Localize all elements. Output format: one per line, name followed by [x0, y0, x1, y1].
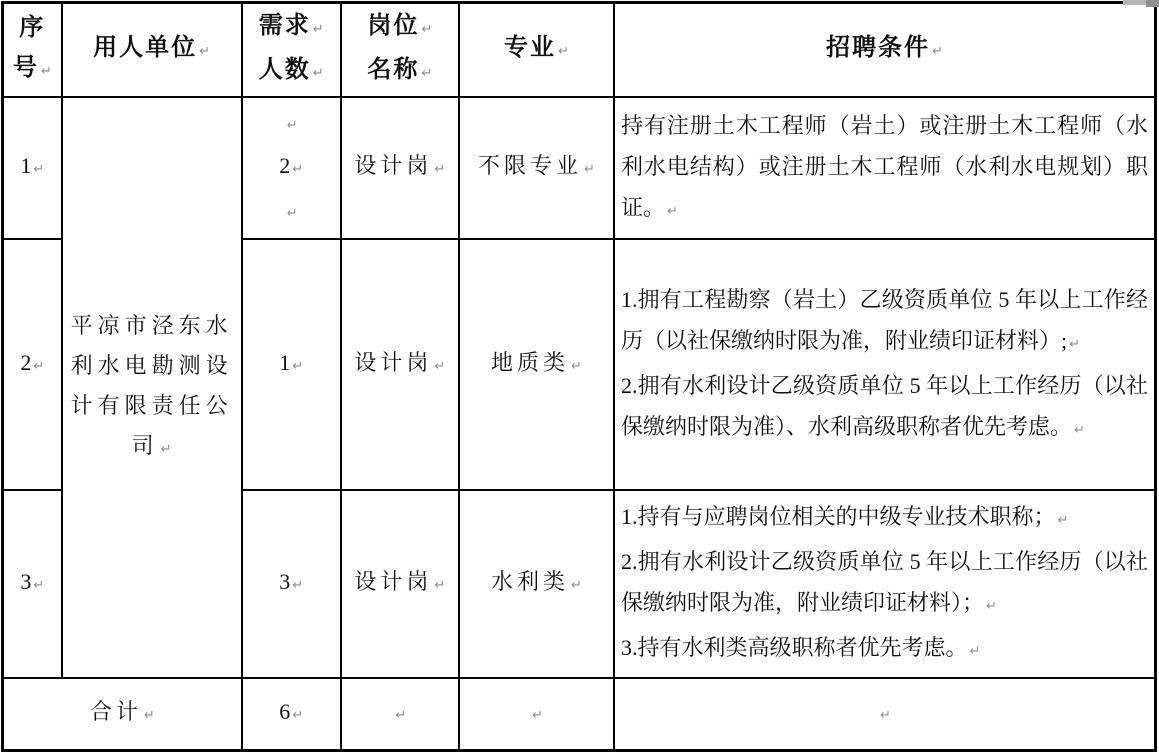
cell-count: 1↵	[242, 239, 341, 490]
recruitment-table: 序号↵用人单位↵需求↵人数↵岗位↵名称↵专业↵招聘条件↵ 1↵平凉市泾东水利水电…	[1, 1, 1157, 752]
paragraph: 合计↵	[10, 692, 235, 736]
table-footer-row: 合计↵6↵↵↵↵	[3, 678, 1156, 750]
paragraph: 平凉市泾东水利水电勘测设计有限责任公司↵	[69, 306, 235, 470]
paragraph-mark-icon: ↵	[33, 578, 44, 593]
cell-text: 6	[279, 699, 290, 724]
paragraph-mark-icon: ↵	[161, 442, 172, 457]
table-header: 序号↵用人单位↵需求↵人数↵岗位↵名称↵专业↵招聘条件↵	[3, 3, 1156, 98]
cell-total-label: 合计↵	[3, 678, 242, 750]
cell-text: 用人单位	[93, 34, 197, 61]
paragraph: 用人单位↵	[69, 28, 235, 72]
paragraph: 设计岗↵	[348, 562, 452, 606]
cell-text: 3.持有水利类高级职称者优先考虑。	[621, 635, 968, 660]
paragraph: 设计岗↵	[348, 146, 452, 190]
cell-conditions: 1.持有与应聘岗位相关的中级专业技术职称；↵2.拥有水利设计乙级资质单位 5 年…	[614, 490, 1156, 678]
header-cell-major: 专业↵	[459, 3, 614, 98]
cell-index: 2↵	[3, 239, 62, 490]
paragraph: 不限专业↵	[466, 146, 607, 190]
paragraph-mark-icon: ↵	[421, 22, 432, 37]
paragraph-mark-icon: ↵	[421, 66, 432, 81]
cell-conditions: 持有注册土木工程师（岩土）或注册土木工程师（水利水电结构）或注册土木工程师（水利…	[614, 97, 1156, 239]
cell-text: 1.持有与应聘岗位相关的中级专业技术职称；	[621, 504, 1056, 529]
header-cell-position: 岗位↵名称↵	[341, 3, 459, 98]
document-page: 序号↵用人单位↵需求↵人数↵岗位↵名称↵专业↵招聘条件↵ 1↵平凉市泾东水利水电…	[0, 0, 1159, 754]
header-cell-conditions: 招聘条件↵	[614, 3, 1156, 98]
paragraph-mark-icon: ↵	[434, 359, 445, 374]
paragraph: 名称↵	[348, 50, 452, 94]
paragraph-mark-icon: ↵	[292, 162, 303, 177]
paragraph-mark-icon: ↵	[292, 708, 303, 723]
cell-text: 不限专业	[478, 153, 582, 178]
paragraph-mark-icon: ↵	[558, 44, 569, 59]
cell-text: 人数	[259, 56, 311, 83]
paragraph: 持有注册土木工程师（岩土）或注册土木工程师（水利水电结构）或注册土木工程师（水利…	[621, 105, 1148, 232]
table-row: 1↵平凉市泾东水利水电勘测设计有限责任公司↵↵2↵↵设计岗↵不限专业↵持有注册土…	[3, 97, 1156, 239]
cell-text: 平凉市泾东水利水电勘测设计有限责任公司	[71, 313, 233, 458]
paragraph: ↵	[249, 102, 334, 146]
paragraph: ↵	[348, 692, 452, 736]
cell-index: 1↵	[3, 97, 62, 239]
cell-position: 设计岗↵	[341, 490, 459, 678]
cell-text: 3	[20, 569, 31, 594]
cell-footer-conditions: ↵	[614, 678, 1156, 750]
cell-text: 2.拥有水利设计乙级资质单位 5 年以上工作经历（以社保缴纳时限为准）、水利高级…	[621, 373, 1148, 439]
header-cell-count: 需求↵人数↵	[242, 3, 341, 98]
paragraph: ↵	[621, 692, 1148, 736]
paragraph-mark-icon: ↵	[199, 44, 210, 59]
cell-text: 3	[279, 569, 290, 594]
cell-text: 设计岗	[354, 569, 432, 594]
cell-position: 设计岗↵	[341, 239, 459, 490]
header-cell-employer: 用人单位↵	[62, 3, 242, 98]
cell-major: 地质类↵	[459, 239, 614, 490]
paragraph-mark-icon: ↵	[434, 578, 445, 593]
cell-count: ↵2↵↵	[242, 97, 341, 239]
paragraph-mark-icon: ↵	[1074, 423, 1085, 438]
cell-total-value: 6↵	[242, 678, 341, 750]
cell-text: 1	[279, 350, 290, 375]
paragraph: 地质类↵	[466, 343, 607, 387]
cell-position: 设计岗↵	[341, 97, 459, 239]
paragraph-mark-icon: ↵	[287, 118, 298, 133]
paragraph: 1↵	[249, 343, 334, 387]
paragraph: 序号↵	[10, 8, 55, 92]
paragraph: 2.拥有水利设计乙级资质单位 5 年以上工作经历（以社保缴纳时限为准）、水利高级…	[621, 365, 1148, 451]
paragraph-mark-icon: ↵	[313, 66, 324, 81]
paragraph-mark-icon: ↵	[1069, 337, 1080, 352]
cell-text: 名称	[367, 56, 419, 83]
cell-footer-major: ↵	[459, 678, 614, 750]
cell-major: 不限专业↵	[459, 97, 614, 239]
paragraph: 2↵	[10, 343, 55, 387]
cell-count: 3↵	[242, 490, 341, 678]
paragraph: 2↵	[249, 146, 334, 190]
cell-employer: 平凉市泾东水利水电勘测设计有限责任公司↵	[62, 97, 242, 678]
paragraph: 招聘条件↵	[621, 28, 1148, 72]
cell-text: 地质类	[491, 350, 569, 375]
paragraph-mark-icon: ↵	[33, 359, 44, 374]
cell-text: 专业	[504, 34, 556, 61]
paragraph-mark-icon: ↵	[880, 708, 891, 723]
paragraph-mark-icon: ↵	[532, 708, 543, 723]
cell-major: 水利类↵	[459, 490, 614, 678]
cell-text: 1	[20, 153, 31, 178]
paragraph-mark-icon: ↵	[292, 578, 303, 593]
paragraph: 2.拥有水利设计乙级资质单位 5 年以上工作经历（以社保缴纳时限为准，附业绩印证…	[621, 541, 1148, 627]
paragraph: 6↵	[249, 692, 334, 736]
paragraph: 3↵	[249, 562, 334, 606]
paragraph: 1↵	[10, 146, 55, 190]
paragraph-mark-icon: ↵	[667, 204, 678, 219]
table-header-row: 序号↵用人单位↵需求↵人数↵岗位↵名称↵专业↵招聘条件↵	[3, 3, 1156, 98]
cell-text: 持有注册土木工程师（岩土）或注册土木工程师（水利水电结构）或注册土木工程师（水利…	[621, 113, 1148, 220]
cell-text: 岗位	[367, 12, 419, 39]
cell-text: 需求	[259, 12, 311, 39]
paragraph-mark-icon: ↵	[313, 22, 324, 37]
paragraph-mark-icon: ↵	[571, 359, 582, 374]
paragraph: 人数↵	[249, 50, 334, 94]
paragraph: 1.持有与应聘岗位相关的中级专业技术职称；↵	[621, 496, 1148, 541]
paragraph: 设计岗↵	[348, 343, 452, 387]
cell-text: 2	[20, 350, 31, 375]
header-cell-index: 序号↵	[3, 3, 62, 98]
paragraph: 专业↵	[466, 28, 607, 72]
paragraph-mark-icon: ↵	[932, 44, 943, 59]
paragraph-mark-icon: ↵	[970, 644, 981, 659]
cell-text: 招聘条件	[826, 34, 930, 61]
paragraph: ↵	[249, 190, 334, 234]
cell-text: 设计岗	[354, 153, 432, 178]
paragraph-mark-icon: ↵	[395, 708, 406, 723]
cell-conditions: 1.拥有工程勘察（岩土）乙级资质单位 5 年以上工作经历（以社保缴纳时限为准，附…	[614, 239, 1156, 490]
paragraph-mark-icon: ↵	[287, 206, 298, 221]
paragraph: 3.持有水利类高级职称者优先考虑。↵	[621, 627, 1148, 672]
paragraph-mark-icon: ↵	[584, 162, 595, 177]
paragraph-mark-icon: ↵	[41, 64, 52, 79]
cell-text: 合计	[90, 699, 142, 724]
paragraph: 需求↵	[249, 6, 334, 50]
paragraph: 1.拥有工程勘察（岩土）乙级资质单位 5 年以上工作经历（以社保缴纳时限为准，附…	[621, 279, 1148, 365]
cell-text: 水利类	[491, 569, 569, 594]
cell-text: 2	[279, 153, 290, 178]
paragraph: ↵	[466, 692, 607, 736]
scrollbar-fragment[interactable]	[1123, 0, 1159, 5]
paragraph-mark-icon: ↵	[33, 162, 44, 177]
paragraph-mark-icon: ↵	[571, 578, 582, 593]
cell-text: 2.拥有水利设计乙级资质单位 5 年以上工作经历（以社保缴纳时限为准，附业绩印证…	[621, 549, 1148, 615]
paragraph-mark-icon: ↵	[1058, 513, 1069, 528]
paragraph-mark-icon: ↵	[144, 708, 155, 723]
paragraph: 水利类↵	[466, 562, 607, 606]
cell-footer-position: ↵	[341, 678, 459, 750]
paragraph-mark-icon: ↵	[292, 359, 303, 374]
scrollbar-cap[interactable]	[1146, 0, 1159, 7]
paragraph: 岗位↵	[348, 6, 452, 50]
paragraph-mark-icon: ↵	[986, 599, 997, 614]
cell-index: 3↵	[3, 490, 62, 678]
paragraph: 3↵	[10, 562, 55, 606]
table-body: 1↵平凉市泾东水利水电勘测设计有限责任公司↵↵2↵↵设计岗↵不限专业↵持有注册土…	[3, 97, 1156, 751]
cell-text: 设计岗	[354, 350, 432, 375]
paragraph-mark-icon: ↵	[434, 162, 445, 177]
